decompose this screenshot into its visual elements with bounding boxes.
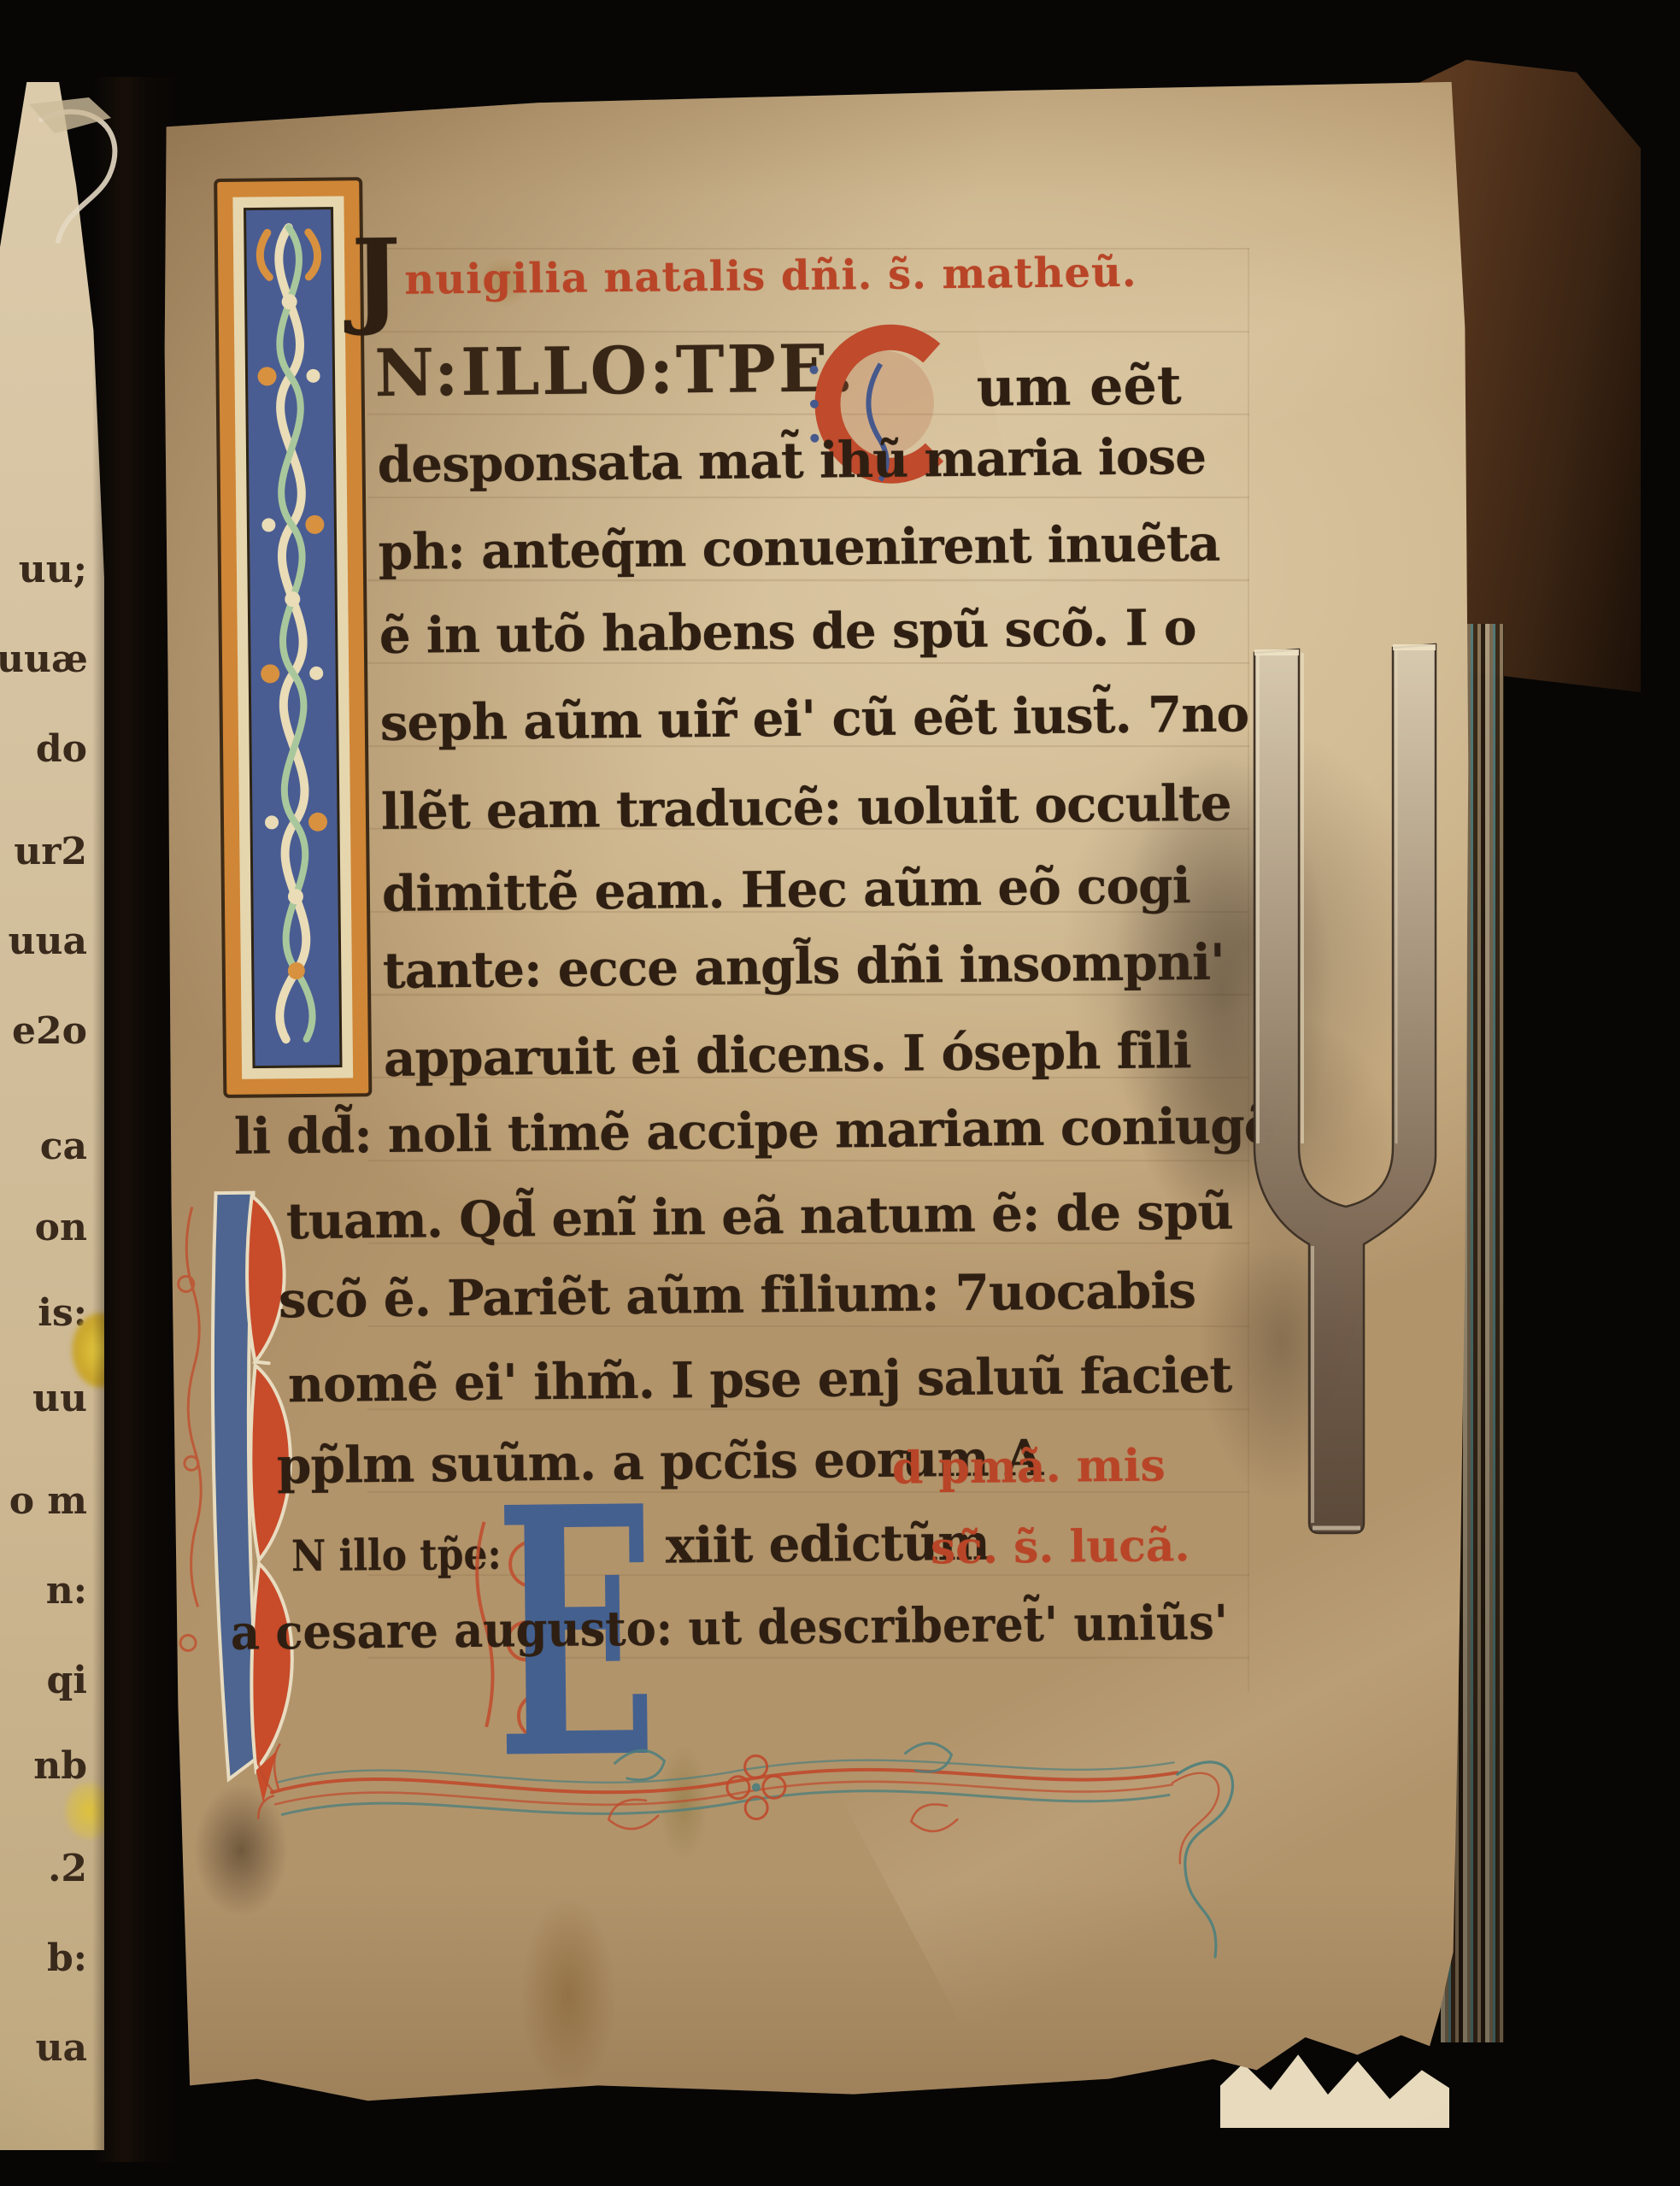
text-line: llẽt eam traducẽ: uoluit occulte [381,774,1231,841]
facing-page-text-fragment: uuæ [0,638,87,681]
facing-page-text-fragment: uua [0,920,87,963]
facing-page-edge: uu; uuæ do ur2 uua e2o ca on is: uu o m … [0,82,104,2150]
rubric-initial: J [351,215,402,339]
manuscript-photo: uu; uuæ do ur2 uua e2o ca on is: uu o m … [0,0,1680,2186]
binding-thread [126,1649,157,1702]
text-line: scõ ẽ. Pariẽt aũm filium: 7uocabis [279,1261,1196,1329]
facing-page-text-fragment: uu [0,1377,87,1420]
text-line: a cesare augusto: ut describeret̃' uniũs… [231,1595,1229,1661]
facing-page-text-fragment: ca [0,1125,87,1168]
facing-page-text-fragment: nb [0,1744,87,1788]
text-line: ẽ in utõ habens de spũ scõ. I o [379,598,1195,665]
facing-page-text-fragment: uu; [0,548,87,591]
text-line: li dd̃: noli timẽ accipe mariam coniugẽ [234,1096,1275,1166]
text-line: nomẽ ei' ihm̃. I pse enj saluũ faciet [288,1346,1232,1414]
incipit-capitals: N:ILLO:TPE: [374,330,857,411]
text-line: dimittẽ eam. Hec aũm eõ cogi [382,856,1190,923]
facing-page-text-fragment: n: [0,1569,87,1613]
facing-page-text-fragment: o m [0,1479,87,1523]
incipit-text: um eẽt [976,354,1182,419]
illuminated-initial-I [212,175,373,1100]
bottom-pen-flourish [256,1700,1258,1992]
facing-page-text-fragment: .2 [0,1847,87,1890]
pen-flourish [176,1207,203,1650]
rubric-inline: sc̃. s̃. lucã. [931,1519,1190,1574]
text-line: desponsata mat̃ ihũ maria iose [377,427,1206,494]
rubric-text: nuigilia natalis dñi. s̃. matheũ. [404,249,1137,304]
facing-page-text-fragment: on [0,1206,87,1249]
text-line: apparuit ei dicens. I óseph fili [384,1021,1191,1088]
text-line: ph: anteq̃m conuenirent inuẽta [378,514,1219,581]
facing-page-text-fragment: is: [0,1291,87,1335]
tuning-fork [1237,634,1453,1557]
facing-page-text-fragment: qi [0,1659,87,1702]
rubric-inline: d pmã. mis [892,1439,1166,1494]
facing-page-text-fragment: b: [0,1936,87,1980]
facing-page-text-fragment: e2o [0,1009,87,1053]
loose-thread [29,96,166,267]
facing-page-text-fragment: do [0,727,87,771]
text-line: tante: ecce angl̃s dñi insompni' [382,933,1225,1000]
text-line: seph aũm uir̃ ei' cũ eẽt iust̃. 7no [379,685,1248,752]
facing-page-text-fragment: ur2 [0,830,87,873]
text-line: tuam. Qd̃ enĩ in eã natum ẽ: de spũ [286,1183,1233,1251]
facing-page-text-fragment: ua [0,2026,87,2070]
binding-thread [118,906,149,959]
